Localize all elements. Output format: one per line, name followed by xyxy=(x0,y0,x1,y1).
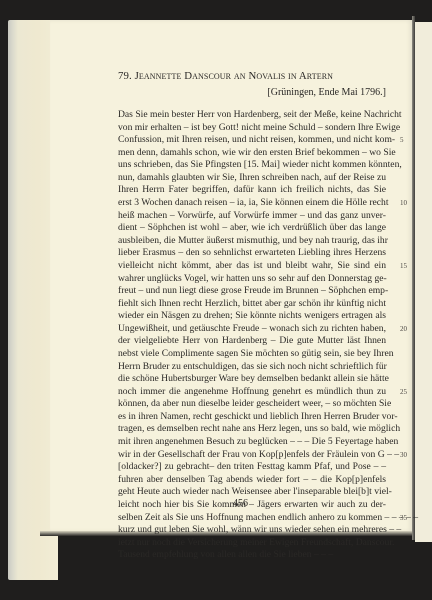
text-line: Herrn Bruder zu entschuldigen, das sie s… xyxy=(118,361,386,374)
text-line-content: es in ihren Namen, recht geschickt und l… xyxy=(118,411,398,422)
text-line-content: leicht noch hier bis Sie kommen – Jägers… xyxy=(118,499,386,510)
text-line-content: kurz und gut leben Sie wohl, wänn wir un… xyxy=(118,524,401,535)
text-line: noch immer die angenehme Hoffnung genehr… xyxy=(118,386,386,399)
text-line: ietzt nur noch die Versicherung meiner E… xyxy=(118,537,386,550)
text-line-content: der vielgeliebte Herr von Hardenberg – D… xyxy=(118,335,386,346)
text-line-content: dient – Söphchen ist wohl – aber, wie ic… xyxy=(118,222,386,233)
text-line-content: wir in der Gesellschaft der Frau von Kop… xyxy=(118,449,399,460)
page-number: 456 xyxy=(233,498,248,509)
line-number: 10 xyxy=(400,197,407,210)
letter-title: Jeannette Danscour an Novalis in Artern xyxy=(135,70,333,82)
text-line: geht Heute auch wieder nach Weisensee ab… xyxy=(118,486,386,499)
text-line: mit ihren angenehmen Besuch zu beglücken… xyxy=(118,436,386,449)
text-line: es in ihren Namen, recht geschickt und l… xyxy=(118,411,386,424)
right-page-edge xyxy=(415,22,432,542)
text-line-content: wieder ein Näsgen zu drehen; Sie könnte … xyxy=(118,310,386,321)
text-line-content: Herrn Bruder zu entschuldigen, das sie s… xyxy=(118,361,387,372)
text-line: [oldacker?] zu gebracht– den triten Fest… xyxy=(118,461,386,474)
text-line-content: men denn, damahls schon, wie wir den ers… xyxy=(118,147,396,158)
text-line: der vielgeliebte Herr von Hardenberg – D… xyxy=(118,335,386,348)
line-number: 20 xyxy=(400,323,407,336)
text-line: können, da aber nun dieselbe leider gesc… xyxy=(118,398,386,411)
text-line-content: vielleicht nicht kömmt, aber das ist und… xyxy=(118,260,386,271)
text-line-content: noch immer die angenehme Hoffnung genehr… xyxy=(118,386,386,397)
letter-body: Das Sie mein bester Herr von Hardenberg,… xyxy=(118,109,390,562)
text-line-content: fiehlt sich Ihnen recht Herzlich, bittet… xyxy=(118,298,386,309)
text-line: lieber Erasmus – den so sehnlichst erwar… xyxy=(118,247,386,260)
line-number: 25 xyxy=(400,386,407,399)
line-number: 30 xyxy=(400,449,407,462)
text-line: wir in der Gesellschaft der Frau von Kop… xyxy=(118,449,386,462)
text-line-content: selben Zeit als Sie uns Hoffnung machen … xyxy=(118,512,418,523)
text-line-content: nun, damahls glaubten wir Sie, Ihren sch… xyxy=(118,172,386,183)
line-number: 35 xyxy=(400,512,407,525)
text-line: uns schrieben, das Sie Pfingsten [15. Ma… xyxy=(118,159,386,172)
text-line-content: ausbleiben, die Mutter äußerst mismuthig… xyxy=(118,235,388,246)
text-line-content: ietzt nur noch die Versicherung meiner E… xyxy=(118,537,394,548)
text-line: ausbleiben, die Mutter äußerst mismuthig… xyxy=(118,235,386,248)
text-line: fuhren aber denselben Tag abends wieder … xyxy=(118,474,386,487)
letter-dateline: [Grüningen, Ende Mai 1796.] xyxy=(118,87,386,103)
text-line: Das Sie mein bester Herr von Hardenberg,… xyxy=(118,109,386,122)
letter-content: 79. Jeannette Danscour an Novalis in Art… xyxy=(118,70,390,562)
text-line-content: nebst viele Complimente sagen Sie möchte… xyxy=(118,348,394,359)
text-line: selben Zeit als Sie uns Hoffnung machen … xyxy=(118,512,386,525)
letter-number: 79. xyxy=(118,70,132,82)
text-line-content: die schöne Hubertsburger Ware bey demsel… xyxy=(118,373,389,384)
text-line-content: Tausend empfehlung von allen allen die S… xyxy=(118,549,333,560)
text-line: nebst viele Complimente sagen Sie möchte… xyxy=(118,348,386,361)
text-line: kurz und gut leben Sie wohl, wänn wir un… xyxy=(118,524,386,537)
line-number: 5 xyxy=(400,134,404,147)
text-line: Ihren Herrn Fater begriffen, dafür kann … xyxy=(118,184,386,197)
text-line-content: können, da aber nun dieselbe leider gesc… xyxy=(118,398,391,409)
text-line-content: von mir erhalten – ist bey Gott! nicht m… xyxy=(118,122,400,133)
text-line-content: geht Heute auch wieder nach Weisensee ab… xyxy=(118,486,392,497)
text-line-content: uns schrieben, das Sie Pfingsten [15. Ma… xyxy=(118,159,402,170)
line-number: 15 xyxy=(400,260,407,273)
text-line-content: heiß machen – Vorwürfe, auf Vorwürfe imm… xyxy=(118,210,386,221)
text-line-content: [oldacker?] zu gebracht– den triten Fest… xyxy=(118,461,386,472)
text-line: fiehlt sich Ihnen recht Herzlich, bittet… xyxy=(118,298,386,311)
text-line-content: freut – und nun liegt diese grose Freude… xyxy=(118,285,388,296)
text-line: von mir erhalten – ist bey Gott! nicht m… xyxy=(118,122,386,135)
text-line: Ungewißheit, und getäuschte Freude – won… xyxy=(118,323,386,336)
text-line-content: wahrer unglücks Vogel, wir hatten uns so… xyxy=(118,273,387,284)
text-line: tragen, es demselben recht nahe ans Herz… xyxy=(118,423,386,436)
text-line: wahrer unglücks Vogel, wir hatten uns so… xyxy=(118,273,386,286)
text-line: men denn, damahls schon, wie wir den ers… xyxy=(118,147,386,160)
text-line: nun, damahls glaubten wir Sie, Ihren sch… xyxy=(118,172,386,185)
text-line-content: Ungewißheit, und getäuschte Freude – won… xyxy=(118,323,386,334)
text-line-content: lieber Erasmus – den so sehnlichst erwar… xyxy=(118,247,386,258)
letter-heading: 79. Jeannette Danscour an Novalis in Art… xyxy=(118,70,390,87)
text-line: Tausend empfehlung von allen allen die S… xyxy=(118,549,386,562)
text-line: leicht noch hier bis Sie kommen – Jägers… xyxy=(118,499,386,512)
text-line: die schöne Hubertsburger Ware bey demsel… xyxy=(118,373,386,386)
text-line: Confussion, mit Ihren reisen, und nicht … xyxy=(118,134,386,147)
text-line-content: mit ihren angenehmen Besuch zu beglücken… xyxy=(118,436,398,447)
text-line: dient – Söphchen ist wohl – aber, wie ic… xyxy=(118,222,386,235)
text-line: vielleicht nicht kömmt, aber das ist und… xyxy=(118,260,386,273)
text-line-content: fuhren aber denselben Tag abends wieder … xyxy=(118,474,386,485)
text-line-content: erst 3 Wochen danach reisen – ia, ia, Si… xyxy=(118,197,389,208)
text-line-content: Ihren Herrn Fater begriffen, dafür kann … xyxy=(118,184,386,195)
text-line-content: Das Sie mein bester Herr von Hardenberg,… xyxy=(118,109,402,120)
text-line: wieder ein Näsgen zu drehen; Sie könnte … xyxy=(118,310,386,323)
text-line-content: Confussion, mit Ihren reisen, und nicht … xyxy=(118,134,395,145)
text-line: heiß machen – Vorwürfe, auf Vorwürfe imm… xyxy=(118,210,386,223)
text-line-content: tragen, es demselben recht nahe ans Herz… xyxy=(118,423,400,434)
text-line: erst 3 Wochen danach reisen – ia, ia, Si… xyxy=(118,197,386,210)
text-line: freut – und nun liegt diese grose Freude… xyxy=(118,285,386,298)
